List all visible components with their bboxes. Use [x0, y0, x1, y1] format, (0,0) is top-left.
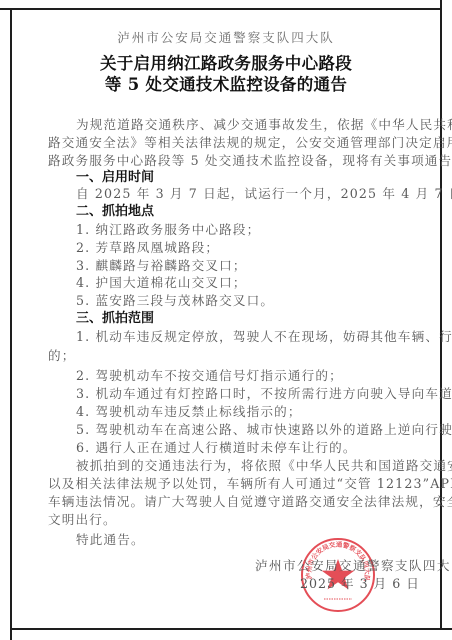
title-line-2: 等 5 处交通技术监控设备的通告: [12, 71, 440, 95]
intro-line-2: 路交通安全法》等相关法律法规的规定，公安交通管理部门决定启用纳江: [48, 135, 440, 151]
scope-item: 5. 驾驶机动车在高速公路、城市快速路以外的道路上逆向行驶的；: [76, 422, 440, 438]
location-item: 1. 纳江路政务服务中心路段；: [76, 222, 440, 238]
scope-item: 3. 机动车通过有灯控路口时，不按所需行进方向驶入导向车道的；: [76, 386, 440, 402]
section-heading-capture-scope: 三、抓拍范围: [76, 311, 154, 327]
issuer-header: 泸州市公安局交通警察支队四大队: [12, 28, 440, 46]
location-item: 5. 蓝安路三段与茂林路交叉口。: [76, 293, 440, 309]
closing-line-2: 以及相关法律法规予以处罚，车辆所有人可通过“交管 12123”APP 查询: [48, 476, 440, 492]
scope-item-1-line-1: 1. 机动车违反规定停放，驾驶人不在现场，妨碍其他车辆、行人通行: [76, 329, 440, 345]
location-item: 2. 芳草路凤凰城路段；: [76, 240, 440, 256]
scope-item: 2. 驾驶机动车不按交通信号灯指示通行的；: [76, 368, 440, 384]
scope-item: 6. 遇行人正在通过人行横道时未停车让行的。: [76, 440, 440, 456]
frame-right-border: [440, 0, 442, 630]
section-heading-activation-time: 一、启用时间: [76, 170, 154, 186]
location-item: 4. 护国大道棉花山交叉口；: [76, 275, 440, 291]
activation-time-text: 自 2025 年 3 月 7 日起，试运行一个月，2025 年 4 月 7 日正…: [76, 186, 440, 202]
section-heading-locations: 二、抓拍地点: [76, 204, 154, 220]
signature-organization: 泸州市公安局交通警察支队四大队: [255, 555, 452, 574]
intro-line-3: 路政务服务中心路段等 5 处交通技术监控设备，现将有关事项通告如下：: [48, 153, 440, 169]
signature-date: 2025 年 3 月 6 日: [300, 573, 420, 592]
closing-line-1: 被抓拍到的交通违法行为，将依照《中华人民共和国道路交通安全法》: [76, 458, 440, 474]
scope-item: 4. 驾驶机动车违反禁止标线指示的；: [76, 404, 440, 420]
frame-bottom-border: [10, 628, 452, 630]
scope-item-1-line-2: 的；: [48, 348, 440, 364]
closing-notice: 特此通告。: [76, 532, 440, 548]
closing-line-3: 车辆违法情况。请广大驾驶人自觉遵守道路交通安全法律法规，安全驾驶，: [48, 494, 440, 510]
location-item: 3. 麒麟路与裕麟路交叉口；: [76, 258, 440, 274]
closing-line-4: 文明出行。: [48, 512, 440, 528]
notice-document: 泸州市公安局交通警察支队四大队 关于启用纳江路政务服务中心路段 等 5 处交通技…: [12, 10, 440, 628]
intro-line-1: 为规范道路交通秩序、减少交通事故发生，依据《中华人民共和国道: [76, 117, 440, 133]
